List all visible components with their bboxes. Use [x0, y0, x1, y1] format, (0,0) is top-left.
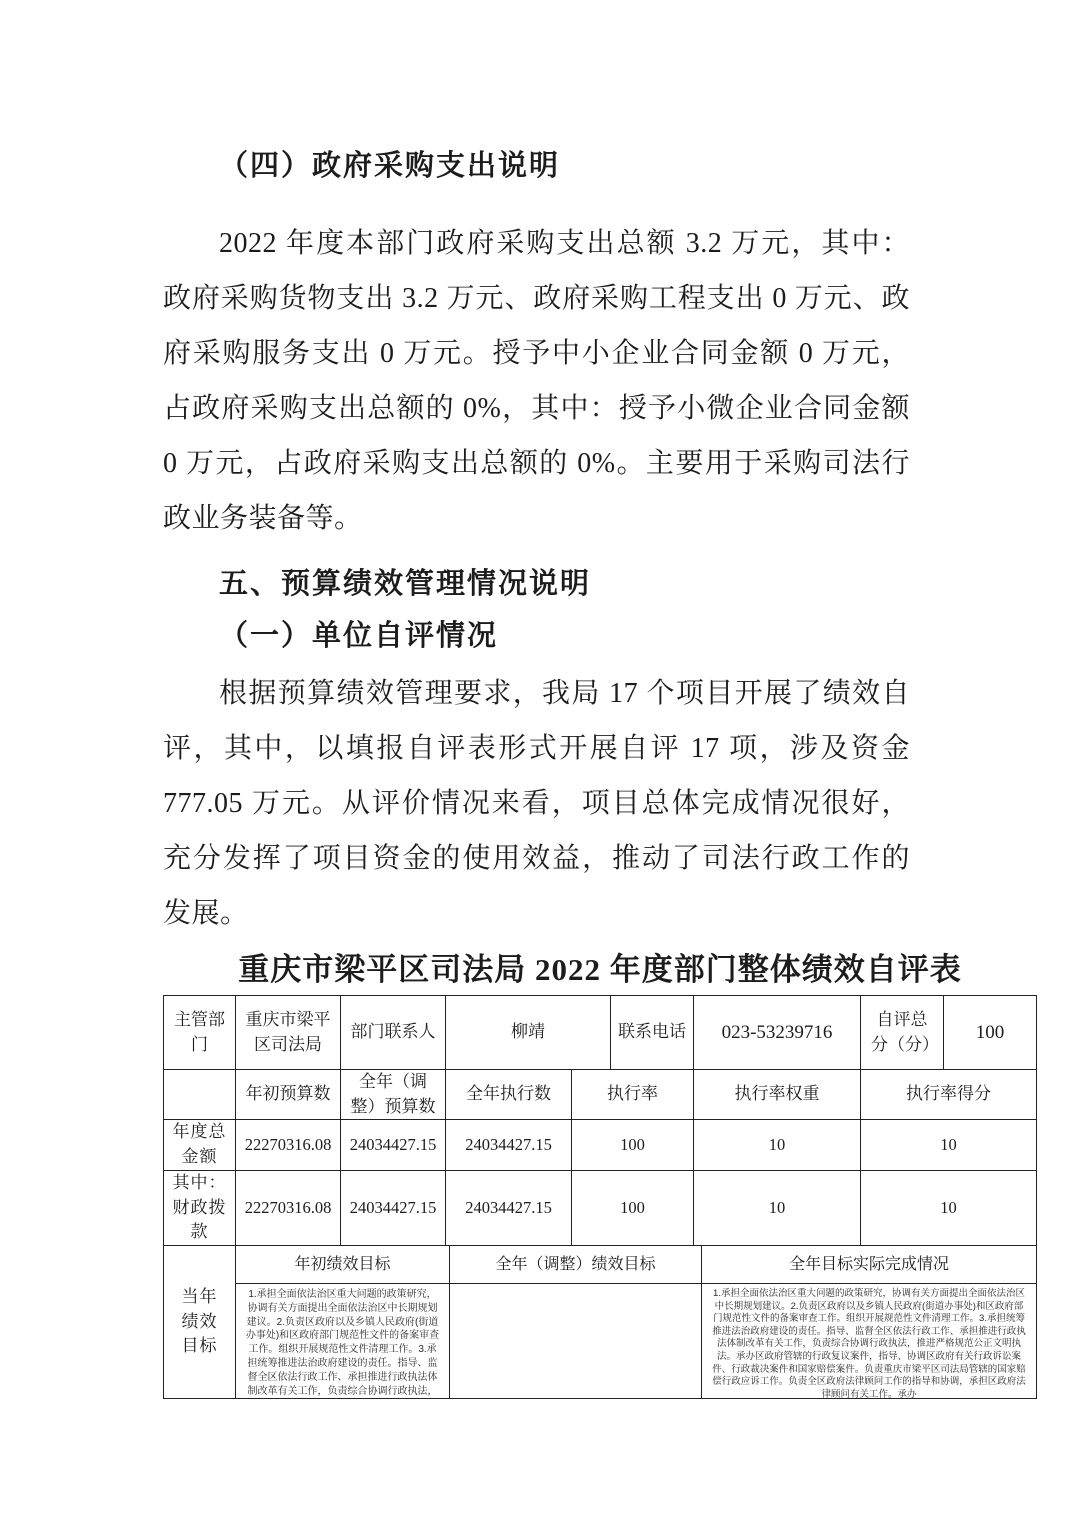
goals-content-row: 1.承担全面依法治区重大问题的政策研究，协调有关方面提出全面依法治区中长期规划建… — [236, 1284, 1037, 1399]
executed-cell: 24034427.15 — [446, 1120, 572, 1171]
score-label-cell: 自评总分（分） — [861, 996, 944, 1070]
paragraph-line: 777.05 万元。从评价情况来看，项目总体完成情况很好， — [163, 776, 910, 831]
empty-header-cell — [164, 1070, 236, 1120]
paragraph-line: 政业务装备等。 — [163, 491, 910, 546]
rate-cell: 100 — [572, 1171, 694, 1246]
self-evaluation-paragraph: 根据预算绩效管理要求，我局 17 个项目开展了绩效自 评，其中，以填报自评表形式… — [163, 666, 910, 941]
goals-header-row: 年初绩效目标 全年（调整）绩效目标 全年目标实际完成情况 — [236, 1246, 1037, 1284]
paragraph-line: 充分发挥了项目资金的使用效益，推动了司法行政工作的 — [163, 831, 910, 886]
body-text-column: （四）政府采购支出说明 2022 年度本部门政府采购支出总额 3.2 万元，其中… — [163, 146, 910, 941]
section5-1-heading: （一）单位自评情况 — [163, 616, 910, 656]
dept-label-cell: 主管部门 — [164, 996, 236, 1070]
table-exec-header-row: 年初预算数 全年（调整）预算数 全年执行数 执行率 执行率权重 执行率得分 — [164, 1070, 1037, 1120]
section4-heading: （四）政府采购支出说明 — [163, 146, 910, 186]
document-page: （四）政府采购支出说明 2022 年度本部门政府采购支出总额 3.2 万元，其中… — [0, 0, 1074, 1399]
initial-goal-header-cell: 年初绩效目标 — [236, 1246, 450, 1284]
rate-score-cell: 10 — [861, 1171, 1037, 1246]
executed-cell: 24034427.15 — [446, 1171, 572, 1246]
rate-header-cell: 执行率 — [572, 1070, 694, 1120]
paragraph-line: 0 万元，占政府采购支出总额的 0%。主要用于采购司法行 — [163, 436, 910, 491]
rate-weight-cell: 10 — [694, 1171, 861, 1246]
paragraph-line: 府采购服务支出 0 万元。授予中小企业合同金额 0 万元， — [163, 326, 910, 381]
procurement-paragraph: 2022 年度本部门政府采购支出总额 3.2 万元，其中： 政府采购货物支出 3… — [163, 216, 910, 546]
table-row-annual-total: 年度总金额 22270316.08 24034427.15 24034427.1… — [164, 1120, 1037, 1171]
table-info-row: 主管部门 重庆市梁平区司法局 部门联系人 柳靖 联系电话 023-5323971… — [164, 996, 1037, 1070]
table-title: 重庆市梁平区司法局 2022 年度部门整体绩效自评表 — [163, 949, 1037, 991]
initial-goal-text-cell: 1.承担全面依法治区重大问题的政策研究，协调有关方面提出全面依法治区中长期规划建… — [236, 1284, 450, 1399]
actual-completion-text-cell: 1.承担全面依法治区重大问题的政策研究，协调有关方面提出全面依法治区中长期规划建… — [702, 1284, 1037, 1399]
adjusted-budget-header-cell: 全年（调整）预算数 — [341, 1070, 446, 1120]
rate-weight-cell: 10 — [694, 1120, 861, 1171]
adjusted-goal-header-cell: 全年（调整）绩效目标 — [450, 1246, 702, 1284]
row-label-cell: 年度总金额 — [164, 1120, 236, 1171]
initial-budget-cell: 22270316.08 — [236, 1171, 341, 1246]
paragraph-line: 2022 年度本部门政府采购支出总额 3.2 万元，其中： — [163, 216, 910, 271]
rate-cell: 100 — [572, 1120, 694, 1171]
goals-columns: 年初绩效目标 全年（调整）绩效目标 全年目标实际完成情况 1.承担全面依法治区重… — [236, 1246, 1037, 1399]
score-value-cell: 100 — [944, 996, 1037, 1070]
paragraph-line: 发展。 — [163, 886, 910, 941]
dept-value-cell: 重庆市梁平区司法局 — [236, 996, 341, 1070]
rate-weight-header-cell: 执行率权重 — [694, 1070, 861, 1120]
performance-self-evaluation-table: 主管部门 重庆市梁平区司法局 部门联系人 柳靖 联系电话 023-5323971… — [163, 995, 1037, 1399]
rate-score-header-cell: 执行率得分 — [861, 1070, 1037, 1120]
initial-budget-cell: 22270316.08 — [236, 1120, 341, 1171]
row-label-cell: 其中：财政拨款 — [164, 1171, 236, 1246]
section5-heading: 五、预算绩效管理情况说明 — [163, 564, 910, 604]
adjusted-goal-text-cell — [450, 1284, 702, 1399]
executed-header-cell: 全年执行数 — [446, 1070, 572, 1120]
rate-score-cell: 10 — [861, 1120, 1037, 1171]
table-row-fiscal-appropriation: 其中：财政拨款 22270316.08 24034427.15 24034427… — [164, 1171, 1037, 1246]
goals-row-label-cell: 当年绩效目标 — [164, 1246, 236, 1399]
phone-value-cell: 023-53239716 — [694, 996, 861, 1070]
contact-value-cell: 柳靖 — [446, 996, 611, 1070]
actual-completion-header-cell: 全年目标实际完成情况 — [702, 1246, 1037, 1284]
paragraph-line: 根据预算绩效管理要求，我局 17 个项目开展了绩效自 — [163, 666, 910, 721]
adjusted-budget-cell: 24034427.15 — [341, 1120, 446, 1171]
phone-label-cell: 联系电话 — [611, 996, 694, 1070]
paragraph-line: 评，其中，以填报自评表形式开展自评 17 项，涉及资金 — [163, 721, 910, 776]
paragraph-line: 政府采购货物支出 3.2 万元、政府采购工程支出 0 万元、政 — [163, 271, 910, 326]
paragraph-line: 占政府采购支出总额的 0%，其中：授予小微企业合同金额 — [163, 381, 910, 436]
initial-budget-header-cell: 年初预算数 — [236, 1070, 341, 1120]
goals-section: 当年绩效目标 年初绩效目标 全年（调整）绩效目标 全年目标实际完成情况 1.承担… — [164, 1246, 1037, 1399]
contact-label-cell: 部门联系人 — [341, 996, 446, 1070]
adjusted-budget-cell: 24034427.15 — [341, 1171, 446, 1246]
